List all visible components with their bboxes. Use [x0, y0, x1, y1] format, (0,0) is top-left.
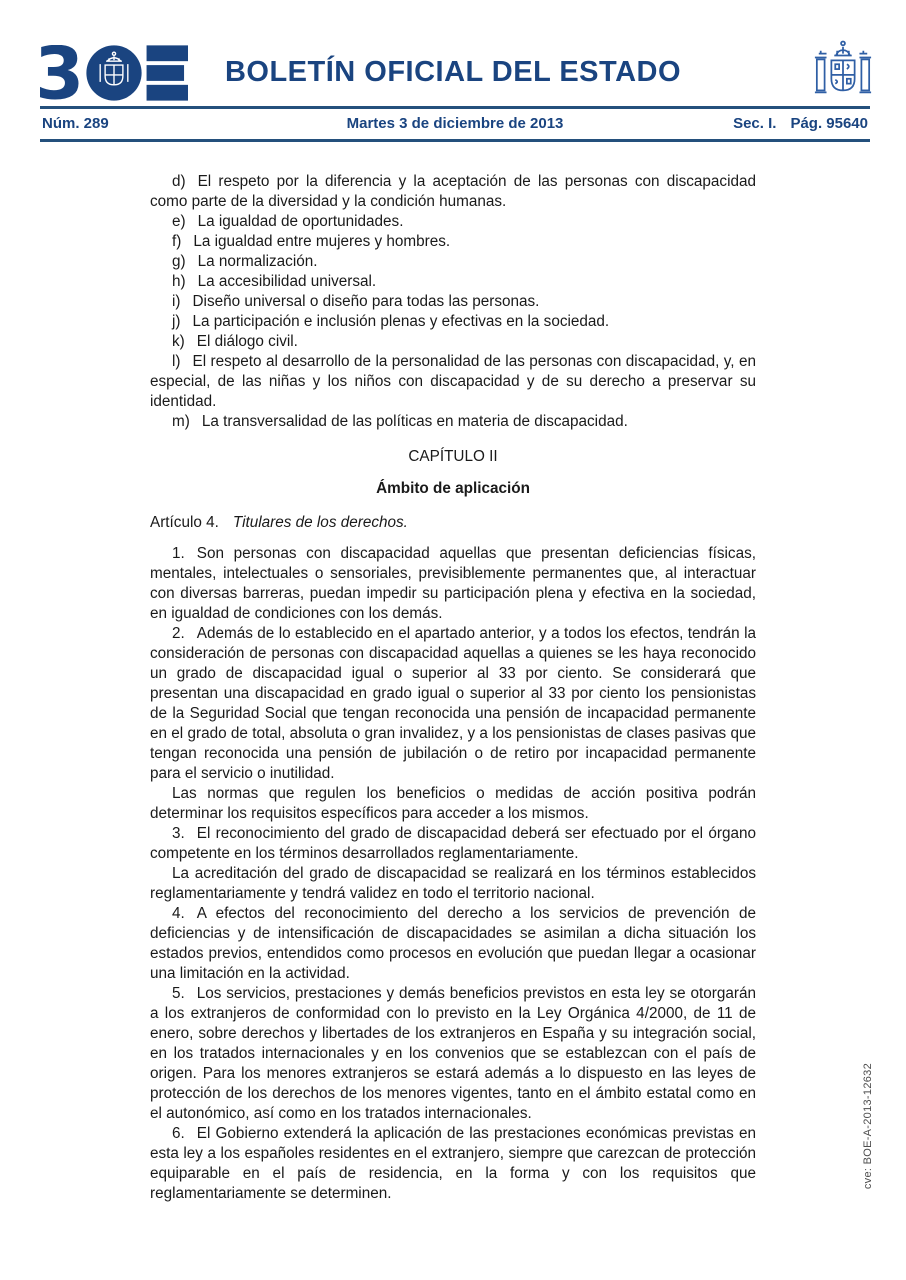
list-item-text: La transversalidad de las políticas en m… — [202, 413, 628, 430]
paragraph-text: A efectos del reconocimiento del derecho… — [150, 905, 756, 982]
list-item: d)El respeto por la diferencia y la acep… — [150, 172, 756, 212]
article-heading: Artículo 4.Titulares de los derechos. — [150, 513, 756, 533]
list-item-label: l) — [172, 353, 181, 370]
list-item-text: La accesibilidad universal. — [198, 273, 377, 290]
list-item: g)La normalización. — [150, 252, 756, 272]
paragraph-number: 1. — [172, 545, 185, 562]
coat-of-arms-icon — [812, 40, 874, 109]
chapter-subheading: Ámbito de aplicación — [150, 479, 756, 499]
list-item-text: La participación e inclusión plenas y ef… — [193, 313, 610, 330]
list-item: e)La igualdad de oportunidades. — [150, 212, 756, 232]
issue-number: Núm. 289 — [42, 115, 249, 132]
section-label: Sec. I. — [733, 115, 776, 132]
list-item-label: d) — [172, 173, 186, 190]
body-paragraph: 2.Además de lo establecido en el apartad… — [150, 624, 756, 784]
list-item-text: El diálogo civil. — [197, 333, 298, 350]
list-item-text: El respeto por la diferencia y la acepta… — [150, 173, 756, 210]
paragraph-text: El Gobierno extenderá la aplicación de l… — [150, 1125, 756, 1202]
body-paragraph: 4.A efectos del reconocimiento del derec… — [150, 904, 756, 984]
list-item: h)La accesibilidad universal. — [150, 272, 756, 292]
list-item: i)Diseño universal o diseño para todas l… — [150, 292, 756, 312]
paragraph-text: Son personas con discapacidad aquellas q… — [150, 545, 756, 622]
list-item-label: j) — [172, 313, 181, 330]
list-item-label: f) — [172, 233, 181, 250]
boe-document-page: 3 BOLETÍN OFI — [0, 0, 906, 1280]
paragraph-text: Las normas que regulen los beneficios o … — [150, 785, 756, 822]
paragraph-number: 6. — [172, 1125, 185, 1142]
paragraph-text: Los servicios, prestaciones y demás bene… — [150, 985, 756, 1122]
paragraph-text: Además de lo establecido en el apartado … — [150, 625, 756, 782]
paragraph-text: La acreditación del grado de discapacida… — [150, 865, 756, 902]
list-item-label: e) — [172, 213, 186, 230]
cve-code: cve: BOE-A-2013-12632 — [862, 1063, 874, 1189]
paragraph-number: 3. — [172, 825, 185, 842]
list-item-label: m) — [172, 413, 190, 430]
list-item: f)La igualdad entre mujeres y hombres. — [150, 232, 756, 252]
body-paragraph: 5.Los servicios, prestaciones y demás be… — [150, 984, 756, 1124]
body-paragraph: Las normas que regulen los beneficios o … — [150, 784, 756, 824]
article-number: Artículo 4. — [150, 514, 219, 531]
list-item: j)La participación e inclusión plenas y … — [150, 312, 756, 332]
list-item-label: g) — [172, 253, 186, 270]
section-page: Sec. I.Pág. 95640 — [662, 115, 869, 132]
page-title: BOLETÍN OFICIAL DEL ESTADO — [0, 56, 906, 89]
paragraph-number: 4. — [172, 905, 185, 922]
list-item-label: k) — [172, 333, 185, 350]
list-item-text: La normalización. — [198, 253, 318, 270]
article-title: Titulares de los derechos. — [233, 514, 408, 531]
header-top: 3 BOLETÍN OFI — [0, 0, 906, 106]
list-item-text: La igualdad entre mujeres y hombres. — [193, 233, 450, 250]
body-paragraph: 1.Son personas con discapacidad aquellas… — [150, 544, 756, 624]
chapter-heading: CAPÍTULO II — [150, 447, 756, 467]
list-item-label: i) — [172, 293, 181, 310]
list-item: l)El respeto al desarrollo de la persona… — [150, 352, 756, 412]
paragraph-text: El reconocimiento del grado de discapaci… — [150, 825, 756, 862]
list-item-label: h) — [172, 273, 186, 290]
paragraph-number: 2. — [172, 625, 185, 642]
document-body: d)El respeto por la diferencia y la acep… — [0, 142, 906, 1204]
list-item-text: La igualdad de oportunidades. — [198, 213, 404, 230]
body-paragraph: 3.El reconocimiento del grado de discapa… — [150, 824, 756, 864]
page-number-label: Pág. 95640 — [790, 115, 868, 132]
list-item-text: Diseño universal o diseño para todas las… — [193, 293, 540, 310]
list-item: k)El diálogo civil. — [150, 332, 756, 352]
issue-date: Martes 3 de diciembre de 2013 — [249, 115, 662, 132]
page-header: 3 BOLETÍN OFI — [0, 0, 906, 142]
list-item: m)La transversalidad de las políticas en… — [150, 412, 756, 432]
meta-bar: Núm. 289 Martes 3 de diciembre de 2013 S… — [40, 106, 870, 142]
paragraph-number: 5. — [172, 985, 185, 1002]
body-paragraph: 6.El Gobierno extenderá la aplicación de… — [150, 1124, 756, 1204]
body-paragraph: La acreditación del grado de discapacida… — [150, 864, 756, 904]
list-item-text: El respeto al desarrollo de la personali… — [150, 353, 756, 410]
